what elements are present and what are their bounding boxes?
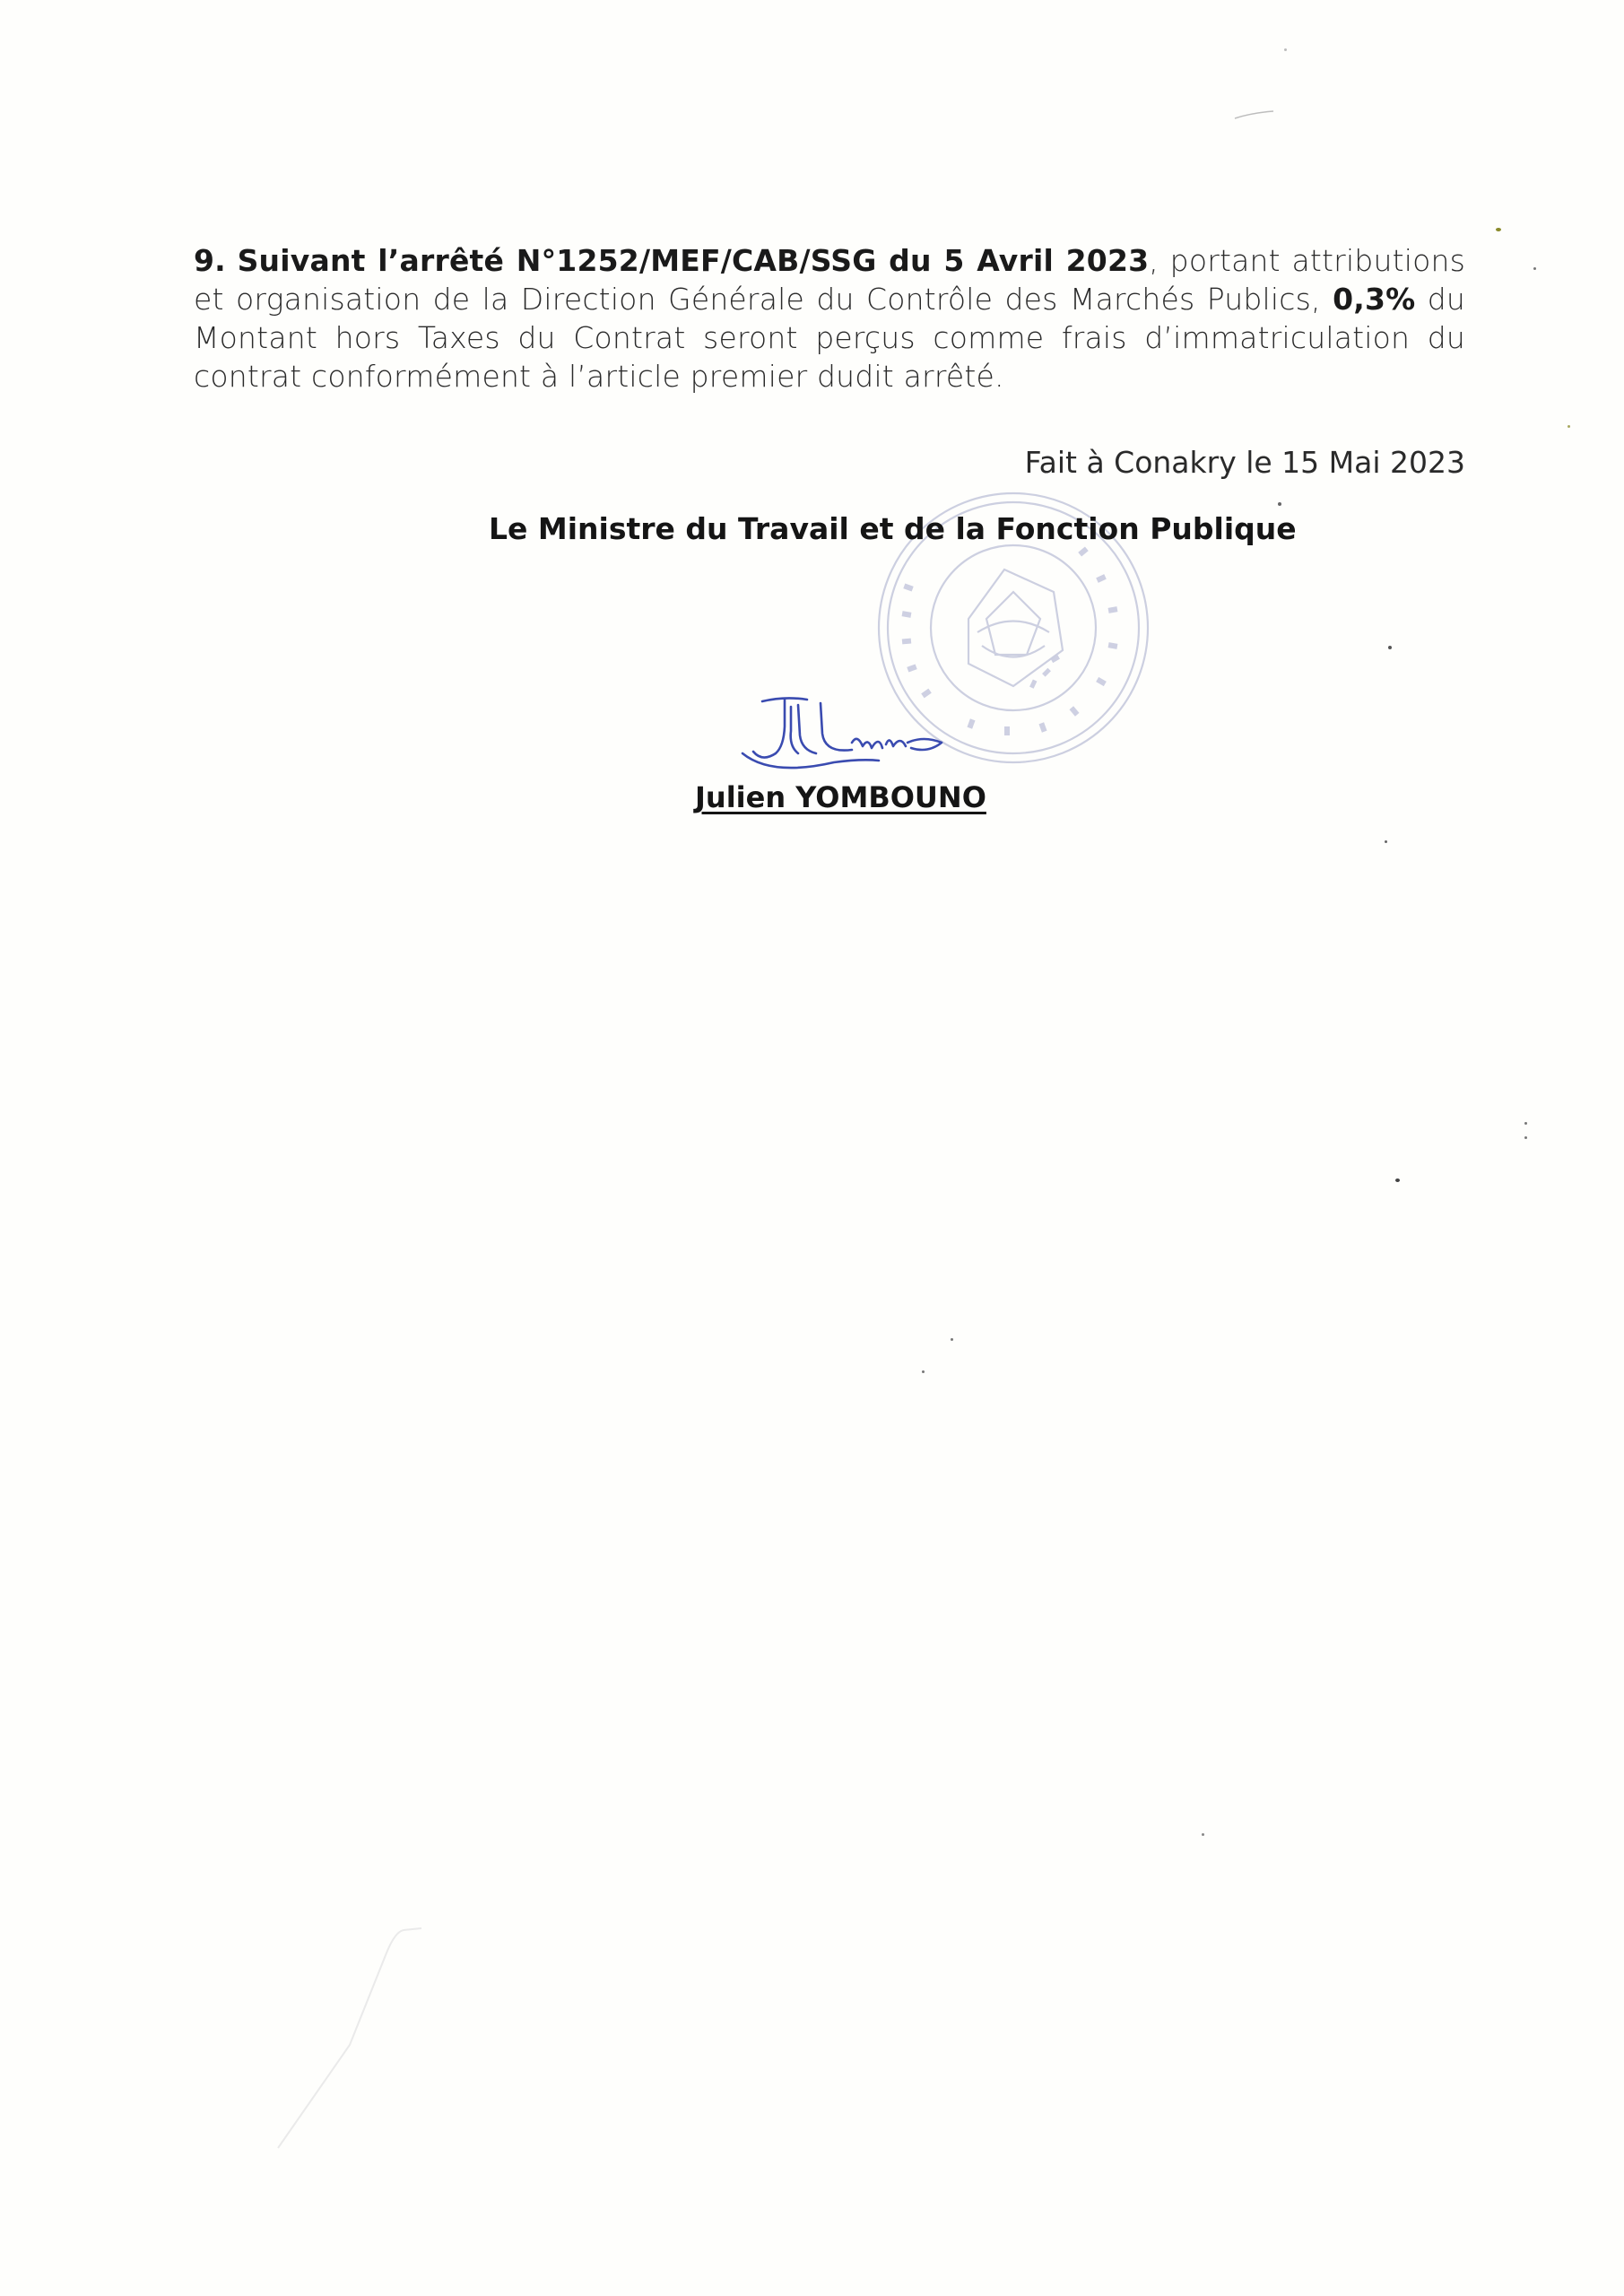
place-and-date: Fait à Conakry le 15 Mai 2023 xyxy=(986,445,1465,480)
document-page: 9. Suivant l’arrêté N°1252/MEF/CAB/SSG d… xyxy=(0,0,1624,2296)
scan-speck xyxy=(1524,1136,1527,1139)
scan-speck xyxy=(1533,267,1536,270)
scan-speck xyxy=(1284,48,1287,51)
article-9-paragraph: 9. Suivant l’arrêté N°1252/MEF/CAB/SSG d… xyxy=(194,241,1465,396)
signatory-title: Le Ministre du Travail et de la Fonction… xyxy=(489,511,1297,546)
scan-artifact-stroke xyxy=(1233,106,1287,124)
scan-speck xyxy=(1388,646,1392,649)
scan-speck xyxy=(951,1338,953,1341)
scan-speck xyxy=(1385,840,1387,843)
handwritten-signature-icon xyxy=(735,691,977,780)
scan-speck xyxy=(1278,502,1281,506)
scan-speck xyxy=(1496,228,1501,231)
signatory-name: Julien YOMBOUNO xyxy=(695,780,986,814)
article-reference: Suivant l’arrêté N°1252/MEF/CAB/SSG du 5… xyxy=(238,243,1150,278)
scan-speck xyxy=(1524,1122,1527,1125)
scan-speck xyxy=(1568,425,1570,428)
scan-speck xyxy=(1395,1178,1400,1182)
article-number: 9. xyxy=(194,243,226,278)
registration-rate: 0,3% xyxy=(1333,282,1415,317)
scan-speck xyxy=(1202,1833,1204,1836)
scan-artifact-fold-line xyxy=(269,1919,430,2152)
scan-speck xyxy=(922,1370,925,1373)
